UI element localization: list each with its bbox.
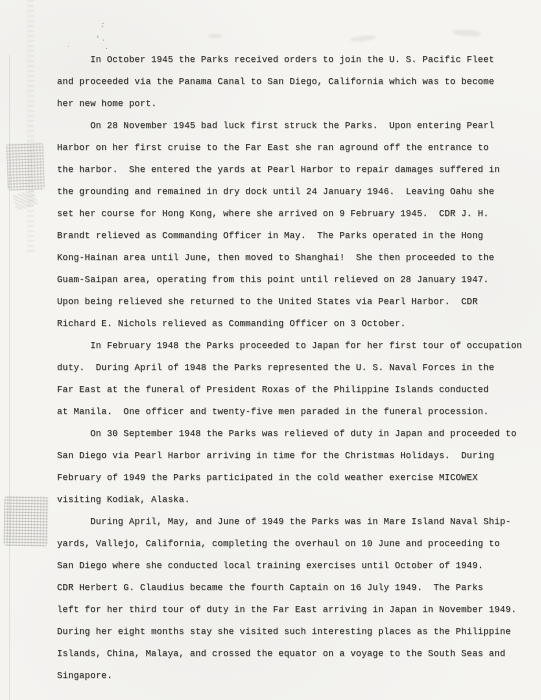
text-line: at Manila. One officer and twenty-five m… [57,401,517,423]
text-line: In February 1948 the Parks proceeded to … [57,335,517,357]
document-page: : '. . . In October 1945 the Parks recei… [0,0,541,700]
text-line: Guam-Saipan area, operating from this po… [57,269,517,291]
text-line: Brandt relieved as Commanding Officer in… [57,225,517,247]
text-line: San Diego where she conducted local trai… [57,555,517,577]
text-line: her new home port. [57,93,517,115]
toner-smudge [208,34,222,38]
text-line: CDR Herbert G. Claudius became the fourt… [57,577,517,599]
text-line: duty. During April of 1948 the Parks rep… [57,357,517,379]
text-line: February of 1949 the Parks participated … [57,467,517,489]
scan-streak [27,0,34,255]
halftone-smudge-bottom [4,496,49,547]
text-line: left for her third tour of duty in the F… [57,599,517,621]
text-line: the grounding and remained in dry dock u… [57,181,517,203]
text-line: Singapore. [57,665,517,687]
text-line: yards, Vallejo, California, completing t… [57,533,517,555]
text-line: On 28 November 1945 bad luck first struc… [57,115,517,137]
text-line: On 30 September 1948 the Parks was relie… [57,423,517,445]
text-line: In October 1945 the Parks received order… [57,49,517,71]
toner-smudge [452,29,482,37]
text-line: Islands, China, Malaya, and crossed the … [57,643,517,665]
text-block: In October 1945 the Parks received order… [57,49,517,687]
text-line: Harbor on her first cruise to the Far Ea… [57,137,517,159]
text-line: set her course for Hong Kong, where she … [57,203,517,225]
halftone-smudge-tail [12,189,38,211]
text-line: and proceeded via the Panama Canal to Sa… [57,71,517,93]
text-line: Far East at the funeral of President Rox… [57,379,517,401]
text-line: During April, May, and June of 1949 the … [57,511,517,533]
text-line: the harbor. She entered the yards at Pea… [57,159,517,181]
text-line: visiting Kodiak, Alaska. [57,489,517,511]
toner-smudge [350,35,376,43]
text-line: San Diego via Pearl Harbor arriving in t… [57,445,517,467]
halftone-smudge-top [6,142,45,190]
text-line: Kong-Hainan area until June, then moved … [57,247,517,269]
text-line: During her eight months stay she visited… [57,621,517,643]
text-line: Richard E. Nichols relieved as Commandin… [57,313,517,335]
pencil-mark: : [99,22,105,31]
text-line: Upon being relieved she returned to the … [57,291,517,313]
